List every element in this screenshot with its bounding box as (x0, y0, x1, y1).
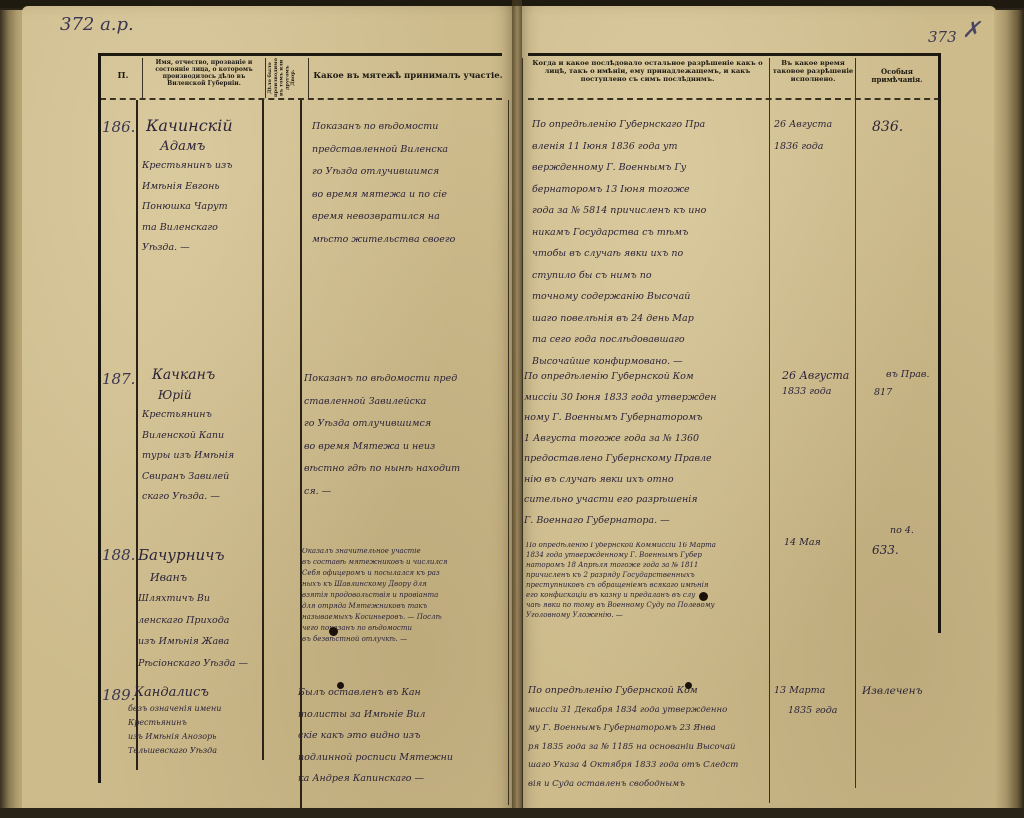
left-folio-number: 372 a.p. (60, 14, 134, 35)
ink-blot (337, 682, 344, 689)
header-top-rule-left (100, 53, 502, 56)
header-notes: Особыя примѣчанія. (857, 68, 937, 84)
scan-border-bottom (0, 808, 1024, 818)
right-page-edges (994, 10, 1024, 818)
entry-decision: По опредѣленію Губернской Коммиссіи 16 М… (526, 542, 772, 619)
entry-number: 188. (102, 548, 135, 563)
ink-blot (699, 592, 708, 601)
header-executed: Въ какое время таковое разрѣшеніе исполн… (771, 60, 855, 83)
entry-executed: 13 Марта 1835 года (774, 686, 856, 715)
right-folio-number: 373 (928, 28, 957, 46)
column-border (142, 58, 143, 98)
entry-decision: По опредѣленію Губернскаго Пра вленія 11… (532, 120, 770, 366)
column-border (855, 58, 856, 788)
header-bottom-rule-right (528, 98, 940, 100)
column-border (308, 58, 309, 98)
header-participation: Какое въ мятежѣ принималъ участіе. (312, 72, 504, 82)
book-spine (512, 0, 522, 818)
entry-decision: По опредѣленію Губернской Ком миссіи 30 … (524, 372, 770, 525)
entry-executed: 26 Августа 1836 года (774, 120, 854, 151)
header-number: П. (108, 72, 138, 82)
header-top-rule-right (528, 53, 940, 56)
column-border (938, 53, 941, 633)
entry-notes: въ Прав. 817 (874, 370, 940, 397)
entry-name: Качканъ Юрій Крестьянинъ Виленской Капи … (142, 368, 267, 502)
entry-notes: 836. (872, 120, 903, 134)
entry-decision: По опредѣленію Губернской Ком миссіи 31 … (528, 686, 770, 788)
entry-notes: Извлеченъ (862, 686, 942, 697)
column-border (98, 53, 101, 783)
header-decision: Когда и какое послѣдовало остальное разр… (526, 60, 769, 83)
entry-name: Кандалисъ безъ означенія имени Крестьяни… (128, 686, 268, 755)
ink-blot (685, 682, 692, 689)
cross-mark-icon: ✗ (962, 18, 980, 43)
entry-participation: Показанъ по вѣдомости представленной Вил… (312, 122, 510, 244)
header-name: Имя, отчество, прозваніе и состояніе лиц… (144, 60, 264, 88)
column-border (265, 58, 266, 98)
entry-participation: Былъ оставленъ въ Кан толисты за Имѣніе … (298, 688, 512, 784)
header-case: Дѣло было производимо въ томъ или другом… (268, 58, 306, 98)
ledger-spread: 372 a.p. 373 ✗ П. Имя, отчество, прозван… (0, 0, 1024, 818)
entry-executed: 26 Августа 1833 года (782, 370, 856, 397)
ink-blot (329, 627, 338, 636)
entry-number: 187. (102, 372, 135, 387)
entry-name: Качинскій Адамъ Крестьянинъ изъ Имѣнія Е… (142, 118, 267, 253)
entry-executed: 14 Мая (784, 538, 856, 548)
entry-participation: Показанъ по вѣдомости пред ставленной За… (304, 374, 508, 496)
column-border (136, 100, 138, 770)
entry-name: Бачурничъ Иванъ Шляхтичъ Ви ленскаго При… (138, 548, 266, 668)
entry-number: 186. (102, 120, 135, 135)
column-border (522, 58, 523, 808)
entry-notes: по 4. 633. (868, 526, 938, 556)
